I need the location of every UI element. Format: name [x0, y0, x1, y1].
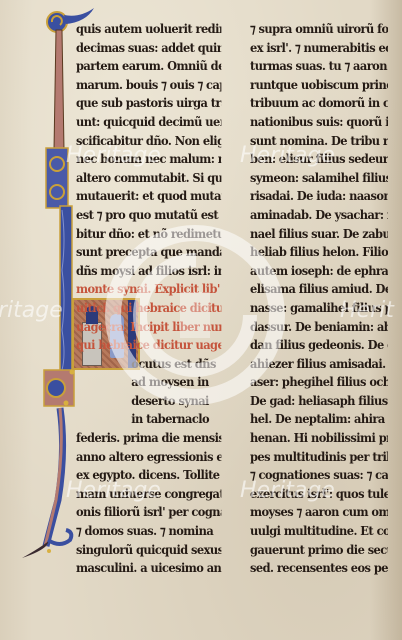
text-line: decimas suas: addet quintã: [76, 39, 221, 58]
text-line: marum. bouis ⁊ ouis ⁊ capre: [76, 76, 221, 95]
text-line: sed. recensentes eos per cogna: [250, 559, 388, 578]
text-line: hel. De neptalim: ahira filius: [250, 410, 388, 429]
text-line: henan. Hi nobilissimi princi: [250, 429, 388, 448]
text-line: tribuum ac domorũ in cog: [250, 94, 388, 113]
text-line: quis autem uoluerit redimere: [76, 20, 221, 39]
text-line: symeon: salamihel filius su: [250, 169, 388, 188]
text-line: ex isrl'. ⁊ numerabitis eos per: [250, 39, 388, 58]
text-line: federis. prima die mensis secũ: [76, 429, 221, 448]
text-line: unt: quicquid decimũ uenit.: [76, 113, 221, 132]
watermark-text: Heritage: [66, 478, 161, 503]
watermark-text: Heritage: [66, 143, 161, 168]
text-line: partem earum. Omniũ deci: [76, 57, 221, 76]
text-line: onis filiorũ isrl' per cognatões: [76, 503, 221, 522]
watermark-text: Heritage: [240, 478, 335, 503]
heritage-logo-watermark-icon: [100, 220, 290, 410]
text-line: anno altero egressionis eorũ: [76, 448, 221, 467]
text-line: singulorũ quicquid sexus ẽ: [76, 541, 221, 560]
watermark-text: Heritage: [240, 143, 335, 168]
text-line: moyses ⁊ aaron cum omni: [250, 503, 388, 522]
text-line: uulgi multitudine. Et cong: [250, 522, 388, 541]
text-line: runtque uobiscum principes: [250, 76, 388, 95]
text-line: masculini. a uicesimo anno: [76, 559, 221, 578]
manuscript-page: quis autem uoluerit redimere decimas sua…: [0, 0, 402, 640]
text-line: in tabernaclo: [76, 410, 221, 429]
text-line: turmas suas. tu ⁊ aaron. E: [250, 57, 388, 76]
text-line: ⁊ supra omniũ uirorũ fortiũ: [250, 20, 388, 39]
text-line: gauerunt primo die secundi mensis: [250, 541, 388, 560]
text-line: que sub pastoris uirga transe: [76, 94, 221, 113]
text-line: ⁊ domos suas. ⁊ nomina: [76, 522, 221, 541]
watermark-text: ritage: [0, 298, 63, 323]
text-line: nationibus suis: quorũ ista: [250, 113, 388, 132]
text-line: pes multitudinis per tribus: [250, 448, 388, 467]
text-line: mutauerit: et quod mutatũ: [76, 187, 221, 206]
text-line: altero commutabit. Si quis: [76, 169, 221, 188]
text-line: risadai. De iuda: naason fili': [250, 187, 388, 206]
watermark-text: Herit: [340, 298, 394, 323]
